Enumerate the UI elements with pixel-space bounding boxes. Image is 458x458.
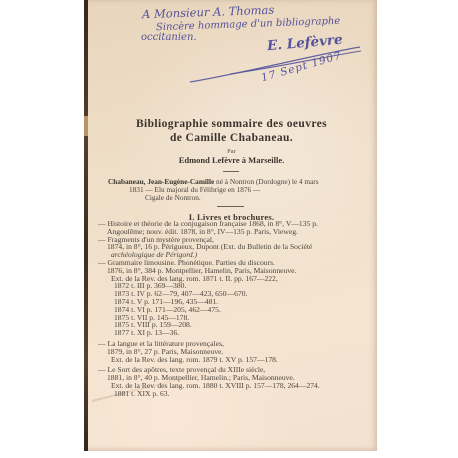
scanned-page: A Monsieur A. Thomas Sincère hommage d'u… [0,0,458,458]
bibliography-extract-ref: Ext. de la Rev. des lang. rom. 1879 t. X… [88,356,375,364]
byline-par: Par [88,148,375,155]
bibliography-volume-ref: 1877 t. XI p. 13—36. [88,329,375,337]
bio-line-3: Cigale de Nontron. [145,194,375,202]
author-name: Edmond Lefèvre à Marseille. [88,155,375,165]
book-page: A Monsieur A. Thomas Sincère hommage d'u… [84,0,377,451]
separator-rule-top [223,171,239,172]
separator-rule-middle [217,206,244,207]
page-title-line-1: Bibliographie sommaire des oeuvres [88,118,375,130]
bibliography-list: — Histoire et théorie de la conjugaison … [88,220,375,398]
page-title-line-2: de Camille Chabaneau. [88,132,375,144]
bibliography-volume-ref: 1881 t. XIX p. 63. [88,390,375,398]
